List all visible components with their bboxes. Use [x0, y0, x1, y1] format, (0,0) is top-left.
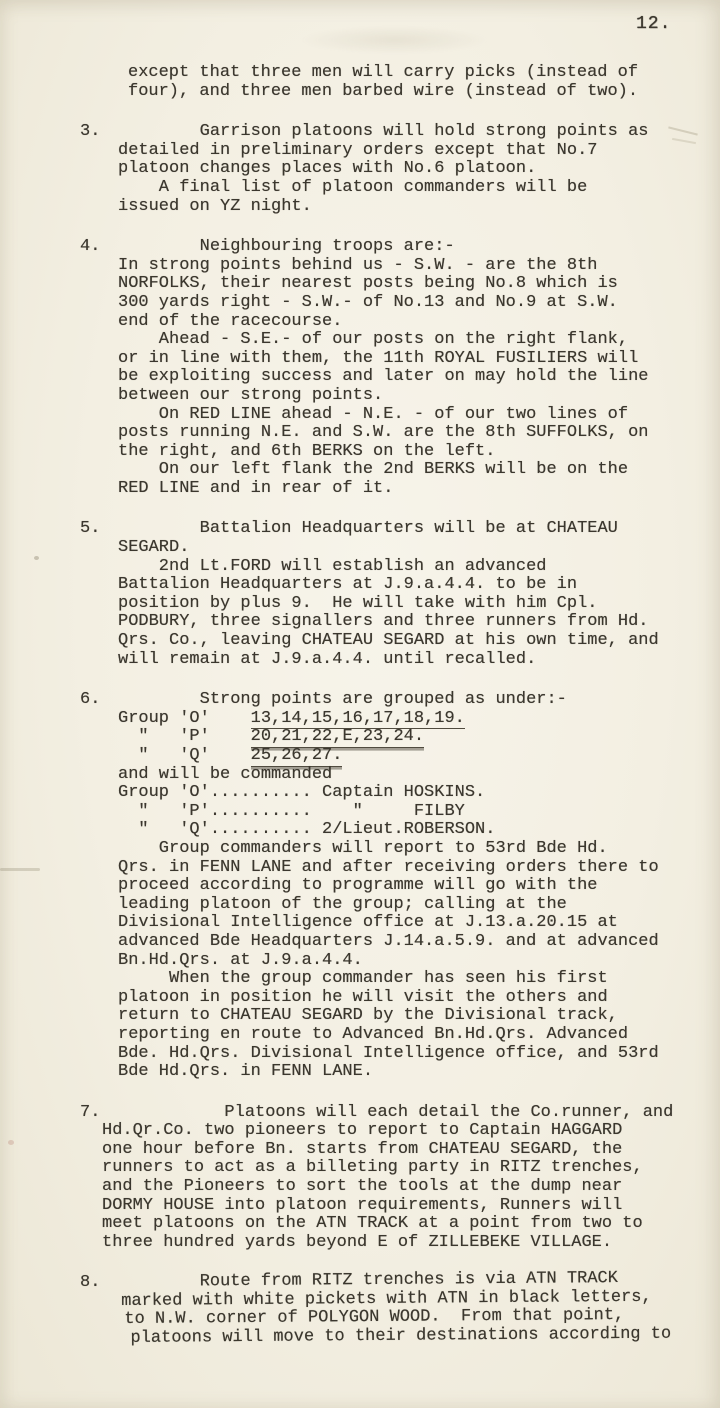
order-item-7: 7. Platoons will each detail the Co.runn… — [80, 1104, 720, 1253]
text-line: " 'P' 20,21,22,E,23,24. — [118, 728, 720, 747]
item-number: 4. — [80, 238, 118, 257]
item-number: 5. — [80, 520, 118, 539]
text-line: return to CHATEAU SEGARD by the Division… — [118, 1007, 720, 1026]
text-line: end of the racecourse. — [118, 313, 720, 332]
text-line: advanced Bde Headquarters J.14.a.5.9. an… — [118, 933, 720, 952]
text-line: Platoons will each detail the Co.runner,… — [102, 1104, 720, 1123]
item-number: 8. — [80, 1274, 118, 1293]
text-line: " 'Q' 25,26,27. — [118, 747, 720, 766]
text-line: proceed according to programme will go w… — [118, 877, 720, 896]
document-page: 12. except that three men will carry pic… — [0, 0, 720, 1408]
text-line: posts running N.E. and S.W. are the 8th … — [118, 424, 720, 443]
text-line: Garrison platoons will hold strong point… — [118, 123, 720, 142]
text-segment: " 'Q' — [118, 746, 251, 765]
text-line: runners to act as a billeting party in R… — [102, 1159, 720, 1178]
text-line: except that three men will carry picks (… — [128, 64, 720, 83]
text-line: In strong points behind us - S.W. - are … — [118, 257, 720, 276]
text-line: Bn.Hd.Qrs. at J.9.a.4.4. — [118, 952, 720, 971]
text-line: be exploiting success and later on may h… — [118, 368, 720, 387]
text-line: platoon changes places with No.6 platoon… — [118, 160, 720, 179]
text-line: RED LINE and in rear of it. — [118, 480, 720, 499]
strongpoint-list-underlined: 13,14,15,16,17,18,19. — [251, 709, 465, 730]
text-line: and the Pioneers to sort the tools at th… — [102, 1178, 720, 1197]
text-line: Group 'O'.......... Captain HOSKINS. — [118, 784, 720, 803]
text-line: Bde Hd.Qrs. in FENN LANE. — [118, 1063, 720, 1082]
text-line: A final list of platoon commanders will … — [118, 179, 720, 198]
text-line: three hundred yards beyond E of ZILLEBEK… — [102, 1234, 720, 1253]
text-line: On RED LINE ahead - N.E. - of our two li… — [118, 406, 720, 425]
text-line: will remain at J.9.a.4.4. until recalled… — [118, 651, 720, 670]
text-line: " 'Q'.......... 2/Lieut.ROBERSON. — [118, 821, 720, 840]
text-line: platoons will move to their destinations… — [130, 1325, 720, 1348]
paper-stain — [300, 26, 490, 54]
text-line: platoon in position he will visit the ot… — [118, 989, 720, 1008]
text-line: SEGARD. — [118, 539, 720, 558]
order-item-3: 3. Garrison platoons will hold strong po… — [80, 123, 720, 216]
text-line: issued on YZ night. — [118, 198, 720, 217]
strongpoint-list-underlined: 20,21,22,E,23,24. — [251, 727, 424, 748]
order-item-5: 5. Battalion Headquarters will be at CHA… — [80, 520, 720, 669]
text-line: Neighbouring troops are:- — [118, 238, 720, 257]
text-line: Qrs. in FENN LANE and after receiving or… — [118, 859, 720, 878]
order-item-4: 4. Neighbouring troops are:-In strong po… — [80, 238, 720, 498]
text-line: reporting en route to Advanced Bn.Hd.Qrs… — [118, 1026, 720, 1045]
text-line: Group commanders will report to 53rd Bde… — [118, 840, 720, 859]
text-line: Hd.Qr.Co. two pioneers to report to Capt… — [102, 1122, 720, 1141]
text-line: detailed in preliminary orders except th… — [118, 142, 720, 161]
text-line: PODBURY, three signallers and three runn… — [118, 613, 720, 632]
order-body: except that three men will carry picks (… — [0, 64, 720, 1371]
text-line: one hour before Bn. starts from CHATEAU … — [102, 1141, 720, 1160]
text-line: between our strong points. — [118, 387, 720, 406]
order-item-6: 6. Strong points are grouped as under:-G… — [80, 691, 720, 1081]
text-line: Strong points are grouped as under:- — [118, 691, 720, 710]
text-line: Ahead - S.E.- of our posts on the right … — [118, 331, 720, 350]
text-line: When the group commander has seen his fi… — [118, 970, 720, 989]
item-number: 3. — [80, 123, 118, 142]
text-line: four), and three men barbed wire (instea… — [128, 83, 720, 102]
text-line: the right, and 6th BERKS on the left. — [118, 443, 720, 462]
text-line: Group 'O' 13,14,15,16,17,18,19. — [118, 710, 720, 729]
page-number: 12. — [636, 14, 671, 34]
text-line: On our left flank the 2nd BERKS will be … — [118, 461, 720, 480]
order-item-8: 8. Route from RITZ trenches is via ATN T… — [80, 1274, 720, 1348]
text-line: " 'P'.......... " FILBY — [118, 803, 720, 822]
text-line: NORFOLKS, their nearest posts being No.8… — [118, 275, 720, 294]
item-number: 6. — [80, 691, 118, 710]
text-line: or in line with them, the 11th ROYAL FUS… — [118, 350, 720, 369]
text-line: 2nd Lt.FORD will establish an advanced — [118, 558, 720, 577]
text-line: DORMY HOUSE into platoon requirements, R… — [102, 1197, 720, 1216]
text-segment: Group 'O' — [118, 709, 251, 728]
text-line: 300 yards right - S.W.- of No.13 and No.… — [118, 294, 720, 313]
text-line: leading platoon of the group; calling at… — [118, 896, 720, 915]
text-line: Bde. Hd.Qrs. Divisional Intelligence off… — [118, 1045, 720, 1064]
text-line: Battalion Headquarters will be at CHATEA… — [118, 520, 720, 539]
text-segment: " 'P' — [118, 727, 251, 746]
strongpoint-list-underlined: 25,26,27. — [251, 746, 343, 767]
text-line: position by plus 9. He will take with hi… — [118, 595, 720, 614]
text-line: Divisional Intelligence office at J.13.a… — [118, 914, 720, 933]
text-line: and will be commanded — [118, 766, 720, 785]
order-item-intro: except that three men will carry picks (… — [80, 64, 720, 101]
text-line: Battalion Headquarters at J.9.a.4.4. to … — [118, 576, 720, 595]
text-line: meet platoons on the ATN TRACK at a poin… — [102, 1215, 720, 1234]
text-line: Qrs. Co., leaving CHATEAU SEGARD at his … — [118, 632, 720, 651]
